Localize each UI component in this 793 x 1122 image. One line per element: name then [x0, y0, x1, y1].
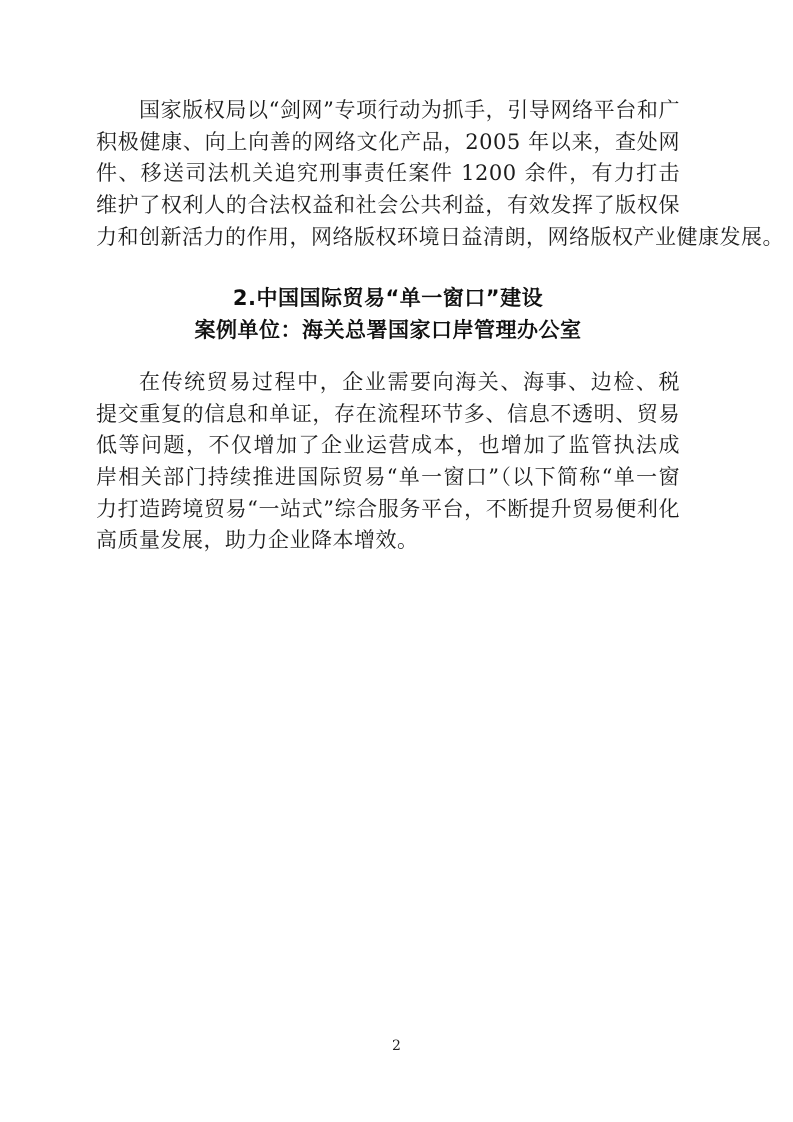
paragraph-line: 国家版权局以“剑网”专项行动为抓手，引导网络平台和广大网民创作生产 — [96, 95, 680, 127]
paragraph-line: 积极健康、向上向善的网络文化产品，2005 年以来，查处网络侵权案件 11545 — [96, 127, 680, 159]
section-title: 2.中国国际贸易“单一窗口”建设 — [96, 283, 680, 315]
page-footer: 2 — [0, 1035, 793, 1055]
paragraph-line: 力打造跨境贸易“一站式”综合服务平台，不断提升贸易便利化水平，服务外贸 — [96, 494, 680, 526]
paragraph-line: 高质量发展，助力企业降本增效。 — [96, 525, 680, 557]
section-subtitle: 案例单位：海关总署国家口岸管理办公室 — [96, 315, 680, 347]
page-number: 2 — [392, 1038, 401, 1054]
paragraph-line: 低等问题，不仅增加了企业运营成本，也增加了监管执法成本。海关总署会同口 — [96, 430, 680, 462]
paragraph-single-window: 在传统贸易过程中，企业需要向海关、海事、边检、税务、外汇等多个部门 提交重复的信… — [96, 367, 680, 557]
paragraph-line: 岸相关部门持续推进国际贸易“单一窗口”（以下简称“单一窗口”）建设，全 — [96, 462, 680, 494]
paragraph-line: 提交重复的信息和单证，存在流程环节多、信息不透明、贸易成本高、通关效率 — [96, 399, 680, 431]
paragraph-copyright-protection: 国家版权局以“剑网”专项行动为抓手，引导网络平台和广大网民创作生产 积极健康、向… — [96, 95, 680, 253]
paragraph-line: 件、移送司法机关追究刑事责任案件 1200 余件，有力打击了网络侵权盗版行为， — [96, 158, 680, 190]
document-page: 国家版权局以“剑网”专项行动为抓手，引导网络平台和广大网民创作生产 积极健康、向… — [0, 0, 793, 1122]
paragraph-line: 力和创新活力的作用，网络版权环境日益清朗，网络版权产业健康发展。 — [96, 222, 680, 254]
paragraph-line: 维护了权利人的合法权益和社会公共利益，有效发挥了版权保护激发社会内生动 — [96, 190, 680, 222]
paragraph-line: 在传统贸易过程中，企业需要向海关、海事、边检、税务、外汇等多个部门 — [96, 367, 680, 399]
document-content: 国家版权局以“剑网”专项行动为抓手，引导网络平台和广大网民创作生产 积极健康、向… — [96, 95, 680, 557]
